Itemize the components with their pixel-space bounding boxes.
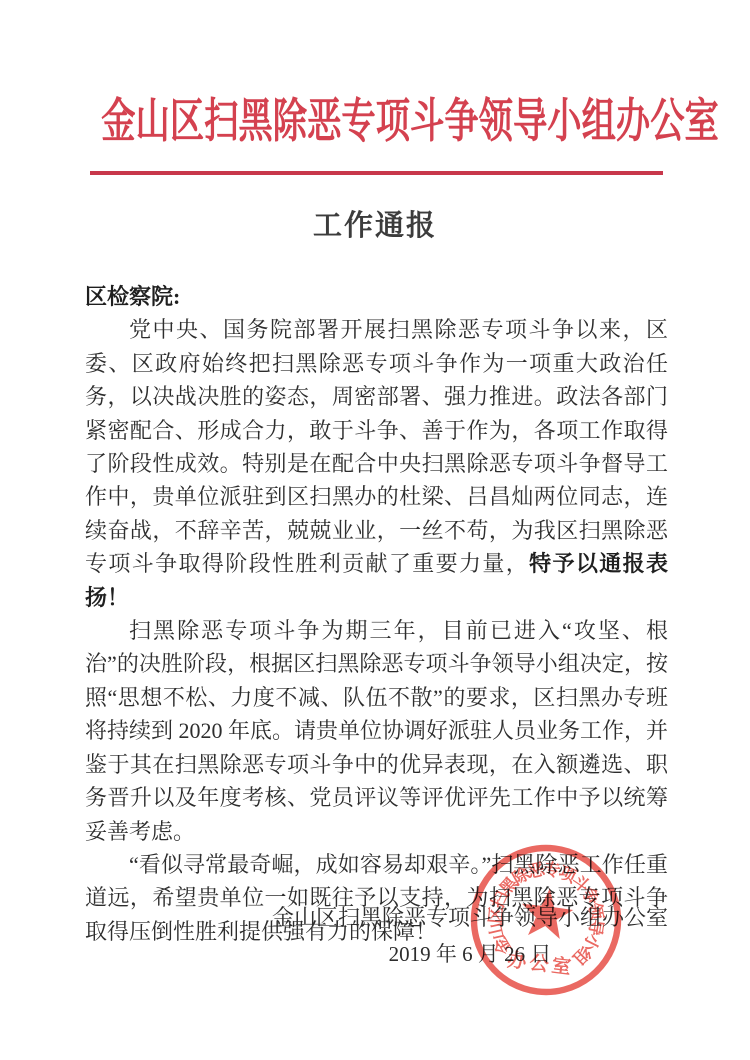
signature-block: 金山区扫黑除恶专项斗争领导小组办公室 2019 年 6 月 26 日 bbox=[272, 903, 668, 968]
document-page: 金山区扫黑除恶专项斗争领导小组办公室 工作通报 区检察院: 党中央、国务院部署开… bbox=[0, 0, 750, 1060]
letterhead-divider bbox=[90, 171, 663, 175]
letterhead-org-name: 金山区扫黑除恶专项斗争领导小组办公室 bbox=[101, 84, 649, 151]
paragraph-2: 扫黑除恶专项斗争为期三年，目前已进入“攻坚、根治”的决胜阶段，根据区扫黑除恶专项… bbox=[85, 614, 668, 848]
paragraph-1: 党中央、国务院部署开展扫黑除恶专项斗争以来，区委、区政府始终把扫黑除恶专项斗争作… bbox=[85, 313, 668, 614]
signature-date: 2019 年 6 月 26 日 bbox=[272, 940, 668, 968]
signature-org: 金山区扫黑除恶专项斗争领导小组办公室 bbox=[272, 903, 668, 933]
paragraph-1-text: 党中央、国务院部署开展扫黑除恶专项斗争以来，区委、区政府始终把扫黑除恶专项斗争作… bbox=[85, 317, 668, 576]
salutation: 区检察院: bbox=[85, 280, 668, 313]
document-body: 区检察院: 党中央、国务院部署开展扫黑除恶专项斗争以来，区委、区政府始终把扫黑除… bbox=[85, 280, 668, 948]
document-title: 工作通报 bbox=[0, 203, 750, 244]
